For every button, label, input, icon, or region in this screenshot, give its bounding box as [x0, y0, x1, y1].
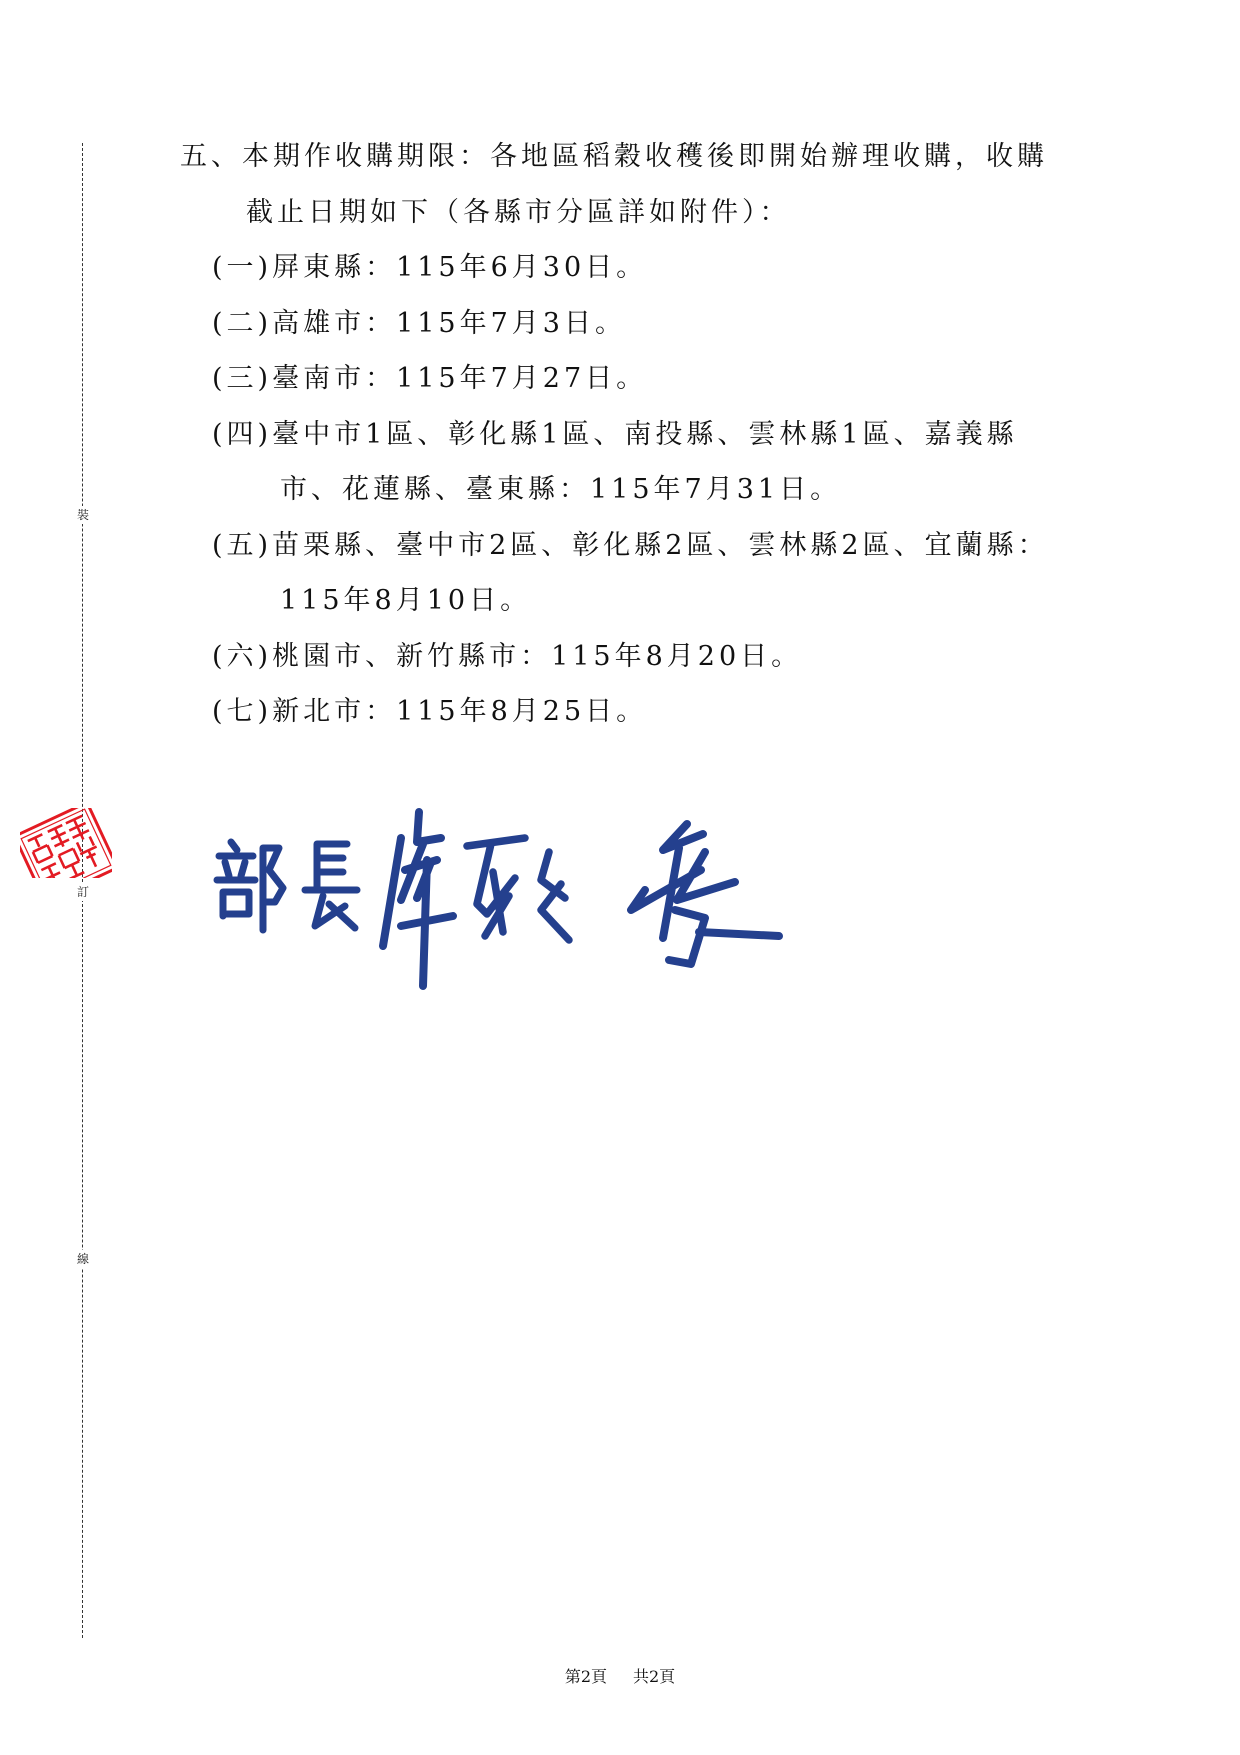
binding-label-xian: 線 [74, 1250, 92, 1268]
list-item-5: (五)苗栗縣、臺中市2區、彰化縣2區、雲林縣2區、宜蘭縣： [212, 529, 1049, 563]
page-footer: 第2頁共2頁 [0, 1664, 1240, 1687]
page-number-total: 共2頁 [633, 1667, 675, 1686]
list-text: 桃園市、新竹縣市：115年8月20日。 [272, 641, 802, 672]
list-marker: (二) [212, 308, 272, 339]
signature-image [205, 800, 825, 1000]
list-item-3: (三)臺南市：115年7月27日。 [212, 362, 647, 396]
list-marker: (六) [212, 641, 272, 672]
list-item-4-continuation: 市、花蓮縣、臺東縣：115年7月31日。 [280, 473, 841, 507]
list-marker: (四) [212, 419, 272, 450]
official-seal [20, 808, 112, 878]
list-text: 苗栗縣、臺中市2區、彰化縣2區、雲林縣2區、宜蘭縣： [272, 530, 1049, 561]
list-item-1: (一)屏東縣：115年6月30日。 [212, 251, 647, 285]
list-text: 屏東縣：115年6月30日。 [272, 252, 647, 283]
list-marker: (五) [212, 530, 272, 561]
list-item-5-continuation: 115年8月10日。 [280, 584, 531, 618]
seal-stamp-icon [20, 808, 112, 878]
section-heading-line1: 五、本期作收購期限：各地區稻穀收穫後即開始辦理收購，收購 [180, 140, 1048, 174]
binding-label-zhuang: 裝 [74, 506, 92, 524]
list-marker: (七) [212, 696, 272, 727]
section-heading-line2: 截止日期如下（各縣市分區詳如附件）： [246, 196, 791, 230]
list-text: 臺中市1區、彰化縣1區、南投縣、雲林縣1區、嘉義縣 [272, 419, 1018, 450]
list-text: 高雄市：115年7月3日。 [272, 308, 626, 339]
binding-label-ding: 訂 [74, 883, 92, 901]
list-text: 新北市：115年8月25日。 [272, 696, 647, 727]
list-marker: (三) [212, 363, 272, 394]
list-item-2: (二)高雄市：115年7月3日。 [212, 307, 626, 341]
list-item-4: (四)臺中市1區、彰化縣1區、南投縣、雲林縣1區、嘉義縣 [212, 418, 1018, 452]
list-marker: (一) [212, 252, 272, 283]
signature-block [205, 800, 825, 1000]
list-item-7: (七)新北市：115年8月25日。 [212, 695, 647, 729]
list-text: 臺南市：115年7月27日。 [272, 363, 647, 394]
list-item-6: (六)桃園市、新竹縣市：115年8月20日。 [212, 640, 802, 674]
page-number-current: 第2頁 [565, 1667, 607, 1686]
